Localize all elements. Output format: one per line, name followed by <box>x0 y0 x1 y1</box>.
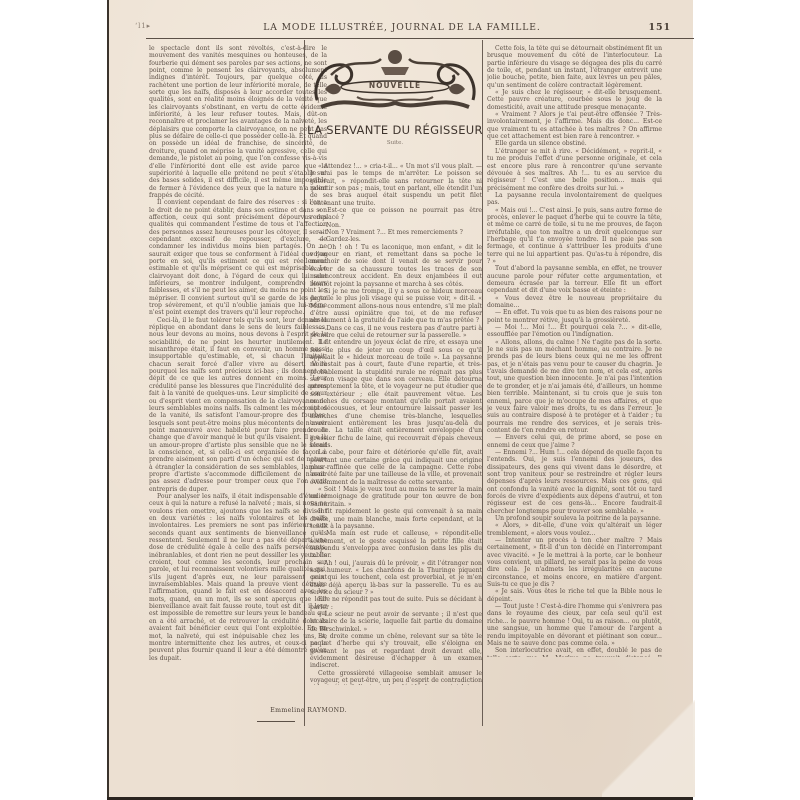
paragraph: Il convient cependant de faire des réser… <box>149 199 327 317</box>
paragraph: « Je sais. Vous êtes le riche tel que la… <box>487 588 662 603</box>
paragraph: — Ennemi ?... Hum !... cela dépend de qu… <box>487 449 662 515</box>
paragraph: Un profond soupir souleva la poitrine de… <box>487 515 662 522</box>
column-essay: le spectacle dont ils sont révoltés, c'e… <box>149 45 327 685</box>
nouvelle-vignette: NOUVELLE <box>311 45 479 115</box>
story-title: LA SERVANTE DU RÉGISSEUR <box>307 123 483 137</box>
paragraph: « Allons, allons, du calme ! Ne t'agite … <box>487 339 662 434</box>
paragraph: « Vraiment ? Alors je t'ai peut-être off… <box>487 111 662 140</box>
paragraph: Cette grossièreté villageoise semblait a… <box>310 670 482 685</box>
paragraph: « Soit ! Mais je veux tout au moins te s… <box>310 486 482 508</box>
story-subtitle: Suite. <box>307 140 483 146</box>
paragraph: — Oh ! oh ! Tu es laconique, mon enfant,… <box>310 244 482 288</box>
paragraph: Et, droite comme un chêne, relevant sur … <box>310 633 482 670</box>
paragraph: « Attendez !... » cria-t-il... « Un mot … <box>310 163 482 207</box>
paragraph: — Dans ce cas, il ne vous restera pas d'… <box>310 325 482 340</box>
paragraph: Pour analyser les naïfs, il était indisp… <box>149 493 327 662</box>
header-rule <box>146 38 694 39</box>
paragraph: — Non ? Vraiment ?... Et mes remerciemen… <box>310 229 482 236</box>
running-head: ‘l1▸ LA MODE ILLUSTRÉE, JOURNAL DE LA FA… <box>109 22 695 36</box>
ornament-icon <box>311 45 479 115</box>
paragraph: Son interlocutrice avait, en effet, doub… <box>487 647 662 657</box>
paragraph: — En effet. Tu vois que tu as bien des r… <box>487 309 662 324</box>
paragraph: « Vous devez être le nouveau propriétair… <box>487 295 662 310</box>
paragraph: Cette fois, la tête qui se détournait ob… <box>487 45 662 89</box>
author-signature: Emmeline RAYMOND. <box>229 707 347 714</box>
paragraph: « Mais oui !... C'est ainsi. Je puis, sa… <box>487 207 662 266</box>
paragraph: « Est-ce que ce poisson ne pourrait pas … <box>310 207 482 222</box>
paragraph: « Le scieur ne peut avoir de servante ; … <box>310 611 482 633</box>
column-story-1: « Attendez !... » cria-t-il... « Un mot … <box>310 163 482 685</box>
paragraph: Il fit entendre un joyeux éclat de rire,… <box>310 339 482 449</box>
column-story-2: Cette fois, la tête qui se détournait ob… <box>487 45 662 657</box>
paragraph: — Envers celui qui, de prime abord, se p… <box>487 434 662 449</box>
paragraph: Ceci-là, il le faut tolérer tels qu'ils … <box>149 317 327 493</box>
paragraph: — Moi !... Moi !... Et pourquoi cela ?..… <box>487 324 662 339</box>
paragraph: « Si je ne me trompe, il y a sous ce hid… <box>310 288 482 325</box>
paragraph: — Gardez-les. <box>310 236 482 243</box>
paragraph: Elle garda un silence obstiné. <box>487 140 662 147</box>
end-rule <box>257 721 295 722</box>
paragraph: La paysanne recula involontairement de q… <box>487 192 662 207</box>
page-number: 151 <box>648 22 671 33</box>
paragraph: « Ah ! oui, j'aurais dû le prévoir, » di… <box>310 560 482 597</box>
journal-title: LA MODE ILLUSTRÉE, JOURNAL DE LA FAMILLE… <box>109 22 695 33</box>
newspaper-page: ‘l1▸ LA MODE ILLUSTRÉE, JOURNAL DE LA FA… <box>107 0 693 797</box>
paragraph: « Je suis chez le régisseur, » dit-elle … <box>487 89 662 111</box>
paragraph: « Alors, » dit-elle, d'une voix qu'altér… <box>487 522 662 537</box>
paragraph: Il fit rapidement le geste qui convenait… <box>310 508 482 530</box>
paragraph: — Tout juste ! C'est-à-dire l'homme qui … <box>487 603 662 647</box>
vignette-label: NOUVELLE <box>311 81 479 90</box>
paragraph: L'étranger se mit à rire. « Décidément, … <box>487 148 662 192</box>
paragraph: — Intenter un procès à ton cher maître ?… <box>487 537 662 588</box>
paper-fold <box>602 700 695 797</box>
paragraph: le spectacle dont ils sont révoltés, c'e… <box>149 45 327 199</box>
paragraph: Tout d'abord la paysanne sembla, en effe… <box>487 265 662 294</box>
paragraph: « Ma main est rude et calleuse, » répond… <box>310 530 482 559</box>
paragraph: La cabe, pour faire et détériorée qu'ell… <box>310 449 482 486</box>
paragraph: Elle ne répondit pas tout de suite. Puis… <box>310 596 482 611</box>
paragraph: — Non. <box>310 222 482 229</box>
